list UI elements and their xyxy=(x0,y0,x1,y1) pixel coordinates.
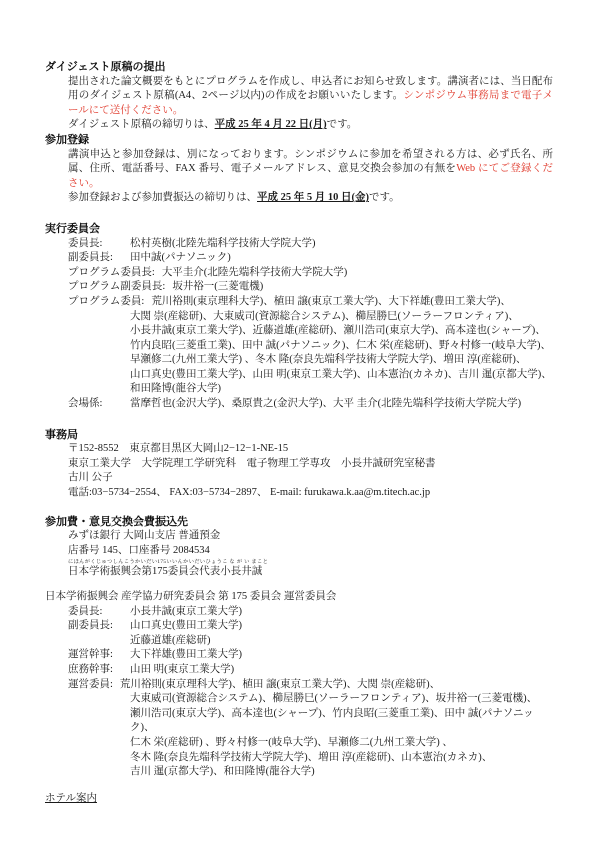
member-line: 瀬川浩司(東京大学)、高本達也(シャープ)、竹内良昭(三菱重工業)、田中 誠(パ… xyxy=(68,707,553,736)
section-digest: ダイジェスト原稿の提出 提出された論文概要をもとにプログラムを作成し、申込者にお… xyxy=(45,60,553,133)
committee-row-program-members: プログラム委員:荒川裕則(東京理科大学)、植田 譲(東京工業大学)、大下祥雄(豊… xyxy=(68,295,553,310)
committee-row: プログラム副委員長:坂井裕一(三菱電機) xyxy=(68,280,553,295)
exec-committee-body: 委員長:松村英樹(北陸先端科学技術大学院大学) 副委員長:田中誠(パナソニック)… xyxy=(45,237,553,412)
member-line: 和田隆博(龍谷大学) xyxy=(68,382,553,397)
member-line: 大東威司(資源総合システム)、櫛屋勝巳(ソーラーフロンティア)、坂井裕一(三菱電… xyxy=(68,692,553,707)
payment-body: みずほ銀行 大岡山支店 普通預金 店番号 145、口座番号 2084534 にほ… xyxy=(45,529,553,580)
row-value: 小長井誠(東京工業大学) xyxy=(130,605,553,620)
section-payment: 参加費・意見交換会費振込先 みずほ銀行 大岡山支店 普通預金 店番号 145、口… xyxy=(45,515,553,580)
exec-committee-heading: 実行委員会 xyxy=(45,222,553,237)
row-value: 山口真史(豊田工業大学) xyxy=(130,619,553,634)
payee-block: にほんがくじゅつしんこうかいだい175いいんかいだいひょうこ な が い まこと… xyxy=(68,559,553,580)
vice-chair-extra-line: 近藤道雄(産総研) xyxy=(68,634,553,649)
account-number-line: 店番号 145、口座番号 2084534 xyxy=(68,544,553,559)
registration-heading: 参加登録 xyxy=(45,133,553,148)
office-contact-name: 古川 公子 xyxy=(68,471,553,486)
registration-body: 講演申込と参加登録は、別になっております。シンポジウムに参加を希望される方は、必… xyxy=(45,148,553,206)
row-value: 大下祥雄(豊田工業大学) xyxy=(130,648,553,663)
bank-branch-line: みずほ銀行 大岡山支店 普通預金 xyxy=(68,529,553,544)
committee-row: プログラム委員長:大平圭介(北陸先端科学技術大学院大学) xyxy=(68,266,553,281)
digest-deadline-suffix: です。 xyxy=(327,119,358,130)
registration-deadline-suffix: です。 xyxy=(369,192,400,203)
digest-deadline-line: ダイジェスト原稿の締切りは、平成 25 年 4 月 22 日(月)です。 xyxy=(68,118,553,133)
registration-deadline-prefix: 参加登録および参加費振込の締切りは、 xyxy=(68,192,257,203)
steering-body: 委員長:小長井誠(東京工業大学) 副委員長:山口真史(豊田工業大学) 近藤道雄(… xyxy=(45,605,553,780)
registration-paragraph: 講演申込と参加登録は、別になっております。シンポジウムに参加を希望される方は、必… xyxy=(68,148,553,192)
registration-deadline-date: 平成 25 年 5 月 10 日(金) xyxy=(257,192,369,203)
committee-row: 委員長:松村英樹(北陸先端科学技術大学院大学) xyxy=(68,237,553,252)
member-line: 山口真史(豊田工業大学)、山田 明(東京工業大学)、山本憲治(カネカ)、吉川 暹… xyxy=(68,368,553,383)
digest-deadline-prefix: ダイジェスト原稿の締切りは、 xyxy=(68,119,215,130)
row-label: 委員長: xyxy=(68,237,130,252)
row-label: 会場係: xyxy=(68,397,130,412)
section-office: 事務局 〒152-8552 東京都目黒区大岡山2−12−1-NE-15 東京工業… xyxy=(45,428,553,501)
row-label: 委員長: xyxy=(68,605,130,620)
member-line: 荒川裕則(東京理科大学)、植田 譲(東京工業大学)、大関 崇(産総研)、 xyxy=(120,678,553,693)
row-value: 坂井裕一(三菱電機) xyxy=(172,280,553,295)
row-label: 運営幹事: xyxy=(68,648,130,663)
hotel-info-heading: ホテル案内 xyxy=(45,792,553,807)
committee-row: 庶務幹事:山田 明(東京工業大学) xyxy=(68,663,553,678)
member-line: 大関 崇(産総研)、大東威司(資源総合システム)、櫛屋勝巳(ソーラーフロンティア… xyxy=(68,310,553,325)
office-address-line: 〒152-8552 東京都目黒区大岡山2−12−1-NE-15 xyxy=(68,442,553,457)
document-page: ダイジェスト原稿の提出 提出された論文概要をもとにプログラムを作成し、申込者にお… xyxy=(0,0,595,842)
office-affiliation-line: 東京工業大学 大学院理工学研究科 電子物理工学専攻 小長井誠研究室秘書 xyxy=(68,457,553,472)
committee-row: 委員長:小長井誠(東京工業大学) xyxy=(68,605,553,620)
row-label: 運営委員: xyxy=(68,678,113,693)
row-value: 山田 明(東京工業大学) xyxy=(130,663,553,678)
member-line: 早瀬修二(九州工業大学) 、冬木 隆(奈良先端科学技術大学院大学)、増田 淳(産… xyxy=(68,353,553,368)
row-value: 松村英樹(北陸先端科学技術大学院大学) xyxy=(130,237,553,252)
member-line: 吉川 暹(京都大学)、和田隆博(龍谷大学) xyxy=(68,765,553,780)
section-steering-committee: 日本学術振興会 産学協力研究委員会 第 175 委員会 運営委員会 委員長:小長… xyxy=(45,590,553,780)
member-line: 小長井誠(東京工業大学)、近藤道雄(産総研)、瀬川浩司(東京大学)、高本達也(シ… xyxy=(68,324,553,339)
row-label: 庶務幹事: xyxy=(68,663,130,678)
row-value: 當摩哲也(金沢大学)、桑原貴之(金沢大学)、大平 圭介(北陸先端科学技術大学院大… xyxy=(130,397,553,412)
committee-row: 副委員長:田中誠(パナソニック) xyxy=(68,251,553,266)
digest-deadline-date: 平成 25 年 4 月 22 日(月) xyxy=(215,119,327,130)
committee-row-venue: 会場係:當摩哲也(金沢大学)、桑原貴之(金沢大学)、大平 圭介(北陸先端科学技術… xyxy=(68,397,553,412)
row-label: プログラム副委員長: xyxy=(68,280,165,295)
member-line: 冬木 隆(奈良先端科学技術大学院大学)、増田 淳(産総研)、山本憲治(カネカ)、 xyxy=(68,751,553,766)
committee-row: 副委員長:山口真史(豊田工業大学) xyxy=(68,619,553,634)
office-body: 〒152-8552 東京都目黒区大岡山2−12−1-NE-15 東京工業大学 大… xyxy=(45,442,553,500)
committee-row-steering-members: 運営委員:荒川裕則(東京理科大学)、植田 譲(東京工業大学)、大関 崇(産総研)… xyxy=(68,678,553,693)
office-phone-fax-email-line: 電話:03−5734−2554、 FAX:03−5734−2897、 E-mai… xyxy=(68,486,553,501)
row-value: 大平圭介(北陸先端科学技術大学院大学) xyxy=(162,266,553,281)
committee-row: 運営幹事:大下祥雄(豊田工業大学) xyxy=(68,648,553,663)
row-label: プログラム委員長: xyxy=(68,266,155,281)
steering-title: 日本学術振興会 産学協力研究委員会 第 175 委員会 運営委員会 xyxy=(45,590,553,605)
row-label: プログラム委員: xyxy=(68,295,144,310)
member-line: 竹内良昭(三菱重工業)、田中 誠(パナソニック)、仁木 栄(産総研)、野々村修一… xyxy=(68,339,553,354)
digest-heading: ダイジェスト原稿の提出 xyxy=(45,60,553,75)
registration-deadline-line: 参加登録および参加費振込の締切りは、平成 25 年 5 月 10 日(金)です。 xyxy=(68,191,553,206)
row-label: 副委員長: xyxy=(68,619,130,634)
member-line: 仁木 栄(産総研) 、野々村修一(岐阜大学)、早瀬修二(九州工業大学) 、 xyxy=(68,736,553,751)
section-exec-committee: 実行委員会 委員長:松村英樹(北陸先端科学技術大学院大学) 副委員長:田中誠(パ… xyxy=(45,222,553,412)
member-line: 荒川裕則(東京理科大学)、植田 譲(東京工業大学)、大下祥雄(豊田工業大学)、 xyxy=(151,295,553,310)
digest-paragraph: 提出された論文概要をもとにプログラムを作成し、申込者にお知らせ致します。講演者に… xyxy=(68,75,553,119)
payee-name: 日本学術振興会第175委員会代表小長井誠 xyxy=(68,565,553,580)
section-registration: 参加登録 講演申込と参加登録は、別になっております。シンポジウムに参加を希望され… xyxy=(45,133,553,206)
payment-heading: 参加費・意見交換会費振込先 xyxy=(45,515,553,530)
row-label: 副委員長: xyxy=(68,251,130,266)
digest-body: 提出された論文概要をもとにプログラムを作成し、申込者にお知らせ致します。講演者に… xyxy=(45,75,553,133)
row-value: 田中誠(パナソニック) xyxy=(130,251,553,266)
hotel-info-label: ホテル案内 xyxy=(45,793,97,804)
office-heading: 事務局 xyxy=(45,428,553,443)
